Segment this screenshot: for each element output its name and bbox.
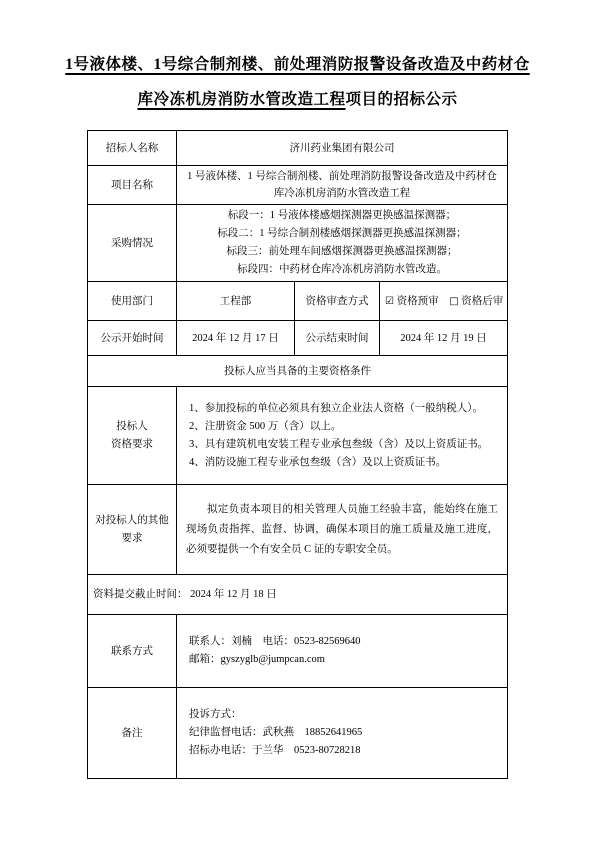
qualification-item-3: 3、具有建筑机电安装工程专业承包叁级（含）及以上资质证书。 (189, 436, 502, 454)
remarks-line-1: 投诉方式： (189, 706, 502, 724)
checkbox-unchecked-icon: □ (449, 296, 458, 307)
row-announce-dates: 公示开始时间 2024 年 12 月 17 日 公示结束时间 2024 年 12… (87, 321, 507, 356)
other-requirements-label-line2: 要求 (93, 530, 171, 548)
end-date-label: 公示结束时间 (294, 321, 379, 356)
title-line1: 1号液体楼、1号综合制剂楼、前处理消防报警设备改造及中药材仓 (65, 56, 530, 73)
row-project-name: 项目名称 1 号液体楼、1 号综合制剂楼、前处理消防报警设备改造及中药材仓库冷冻… (87, 166, 507, 205)
contact-value: 联系人：刘楠 电话：0523-82569640 邮箱：gyszyglb@jump… (176, 615, 507, 688)
bidder-name-value: 济川药业集团有限公司 (176, 131, 507, 166)
other-requirements-label-line1: 对投标人的其他 (93, 512, 171, 530)
procurement-line-3: 标段三：前处理车间感烟探测器更换感温探测器； (182, 243, 502, 261)
project-name-label: 项目名称 (87, 166, 176, 205)
row-submission-deadline: 资料提交截止时间： 2024 年 12 月 18 日 (87, 575, 507, 615)
review-method-value: ☑ 资格预审 □ 资格后审 (379, 282, 507, 321)
row-remarks: 备注 投诉方式： 纪律监督电话：武秋燕 18852641965 招标办电话：于兰… (87, 688, 507, 779)
row-procurement: 采购情况 标段一：1 号液体楼感烟探测器更换感温探测器； 标段二：1 号综合制剂… (87, 205, 507, 282)
remarks-line-2: 纪律监督电话：武秋燕 18852641965 (189, 724, 502, 742)
submission-deadline: 资料提交截止时间： 2024 年 12 月 18 日 (87, 575, 507, 615)
other-requirements-text-cell: 拟定负责本项目的相关管理人员施工经验丰富，能始终在施工现场负责指挥、监督、协调，… (176, 485, 507, 575)
start-date-value: 2024 年 12 月 17 日 (176, 321, 294, 356)
qualification-label-line1: 投标人 (93, 418, 171, 436)
review-method-label: 资格审查方式 (294, 282, 379, 321)
procurement-line-2: 标段二：1 号综合制剂楼感烟探测器更换感温探测器； (182, 225, 502, 243)
qualification-label-line2: 资格要求 (93, 436, 171, 454)
remarks-line-3: 招标办电话：于兰华 0523-80728218 (189, 742, 502, 760)
row-qualification-requirements: 投标人 资格要求 1、参加投标的单位必须具有独立企业法人资格（一般纳税人）。 2… (87, 387, 507, 485)
procurement-value: 标段一：1 号液体楼感烟探测器更换感温探测器； 标段二：1 号综合制剂楼感烟探测… (176, 205, 507, 282)
row-contact: 联系方式 联系人：刘楠 电话：0523-82569640 邮箱：gyszyglb… (87, 615, 507, 688)
other-requirements-label: 对投标人的其他 要求 (87, 485, 176, 575)
row-bidder-name: 招标人名称 济川药业集团有限公司 (87, 131, 507, 166)
bidder-name-label: 招标人名称 (87, 131, 176, 166)
row-qualification-header: 投标人应当具备的主要资格条件 (87, 356, 507, 387)
procurement-label: 采购情况 (87, 205, 176, 282)
start-date-label: 公示开始时间 (87, 321, 176, 356)
contact-label: 联系方式 (87, 615, 176, 688)
row-other-requirements: 对投标人的其他 要求 拟定负责本项目的相关管理人员施工经验丰富，能始终在施工现场… (87, 485, 507, 575)
prequalification-option-label: 资格预审 (397, 296, 439, 307)
remarks-label: 备注 (87, 688, 176, 779)
postqualification-option-label: 资格后审 (461, 296, 503, 307)
announcement-table: 招标人名称 济川药业集团有限公司 项目名称 1 号液体楼、1 号综合制剂楼、前处… (87, 130, 508, 779)
row-department-review: 使用部门 工程部 资格审查方式 ☑ 资格预审 □ 资格后审 (87, 282, 507, 321)
other-requirements-text: 拟定负责本项目的相关管理人员施工经验丰富，能始终在施工现场负责指挥、监督、协调，… (182, 500, 502, 560)
department-label: 使用部门 (87, 282, 176, 321)
procurement-line-4: 标段四：中药材仓库冷冻机房消防水管改造。 (182, 261, 502, 279)
title-line2-suffix: 项目的招标公示 (346, 91, 458, 108)
qualification-item-1: 1、参加投标的单位必须具有独立企业法人资格（一般纳税人）。 (189, 400, 502, 418)
department-value: 工程部 (176, 282, 294, 321)
qualification-item-4: 4、消防设施工程专业承包叁级（含）及以上资质证书。 (189, 454, 502, 472)
project-name-value: 1 号液体楼、1 号综合制剂楼、前处理消防报警设备改造及中药材仓库冷冻机房消防水… (176, 166, 507, 205)
contact-line-1: 联系人：刘楠 电话：0523-82569640 (189, 633, 502, 651)
document-title: 1号液体楼、1号综合制剂楼、前处理消防报警设备改造及中药材仓 库冷冻机房消防水管… (60, 47, 535, 117)
end-date-value: 2024 年 12 月 19 日 (379, 321, 507, 356)
contact-line-2: 邮箱：gyszyglb@jumpcan.com (189, 651, 502, 669)
qualification-header: 投标人应当具备的主要资格条件 (87, 356, 507, 387)
qualification-items: 1、参加投标的单位必须具有独立企业法人资格（一般纳税人）。 2、注册资金 500… (176, 387, 507, 485)
remarks-value: 投诉方式： 纪律监督电话：武秋燕 18852641965 招标办电话：于兰华 0… (176, 688, 507, 779)
title-line2-underlined: 库冷冻机房消防水管改造工程 (137, 91, 345, 108)
document-page: 1号液体楼、1号综合制剂楼、前处理消防报警设备改造及中药材仓 库冷冻机房消防水管… (0, 0, 595, 842)
procurement-line-1: 标段一：1 号液体楼感烟探测器更换感温探测器； (182, 207, 502, 225)
checkbox-checked-icon: ☑ (385, 296, 394, 307)
qualification-item-2: 2、注册资金 500 万（含）以上。 (189, 418, 502, 436)
qualification-label: 投标人 资格要求 (87, 387, 176, 485)
